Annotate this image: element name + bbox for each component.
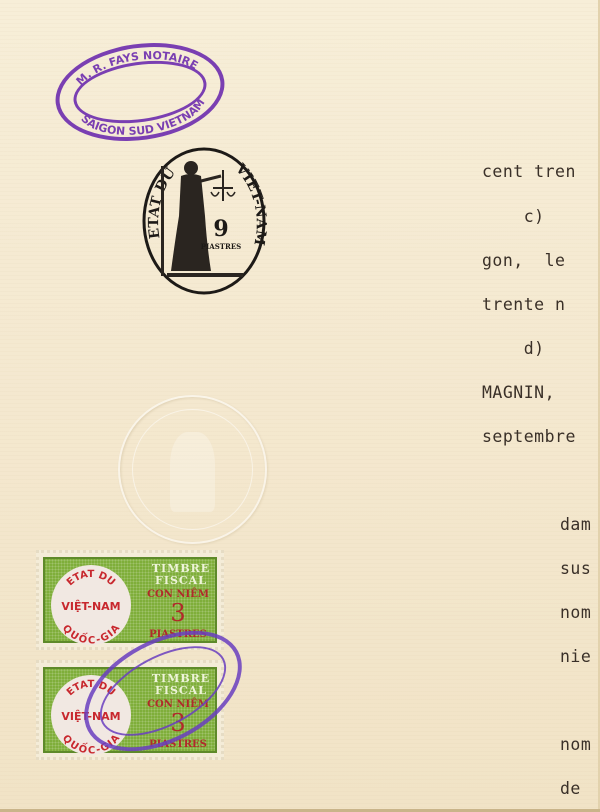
seal-right-text: VIET-NAM (231, 160, 267, 246)
typed-line: dam (560, 515, 591, 534)
typed-line: nom (560, 603, 591, 622)
typed-line: nie (560, 647, 591, 666)
embossed-seal (118, 395, 267, 544)
typed-line: septembre (482, 427, 576, 446)
typed-line: MAGNIN, (482, 383, 555, 402)
typed-line: de (560, 779, 581, 798)
typed-line: c) (482, 207, 555, 226)
svg-text:QUỐC-GIA: QUỐC-GIA (60, 623, 122, 645)
svg-text:VIỆT-NAM: VIỆT-NAM (61, 600, 120, 613)
typed-line: trente n (482, 295, 565, 314)
nine-piastres-seal-stamp: ETAT DU VIET-NAM 9 PIASTRES (141, 146, 267, 296)
typed-line: nom (560, 735, 591, 754)
svg-text:ETAT DU: ETAT DU (65, 569, 117, 588)
typed-line: sus (560, 559, 591, 578)
typed-line: gon, le (482, 251, 565, 270)
seal-unit: PIASTRES (201, 242, 241, 251)
typed-line: d) (482, 339, 545, 358)
seal-value: 9 (213, 216, 228, 242)
typed-line: cent tren (482, 162, 576, 181)
